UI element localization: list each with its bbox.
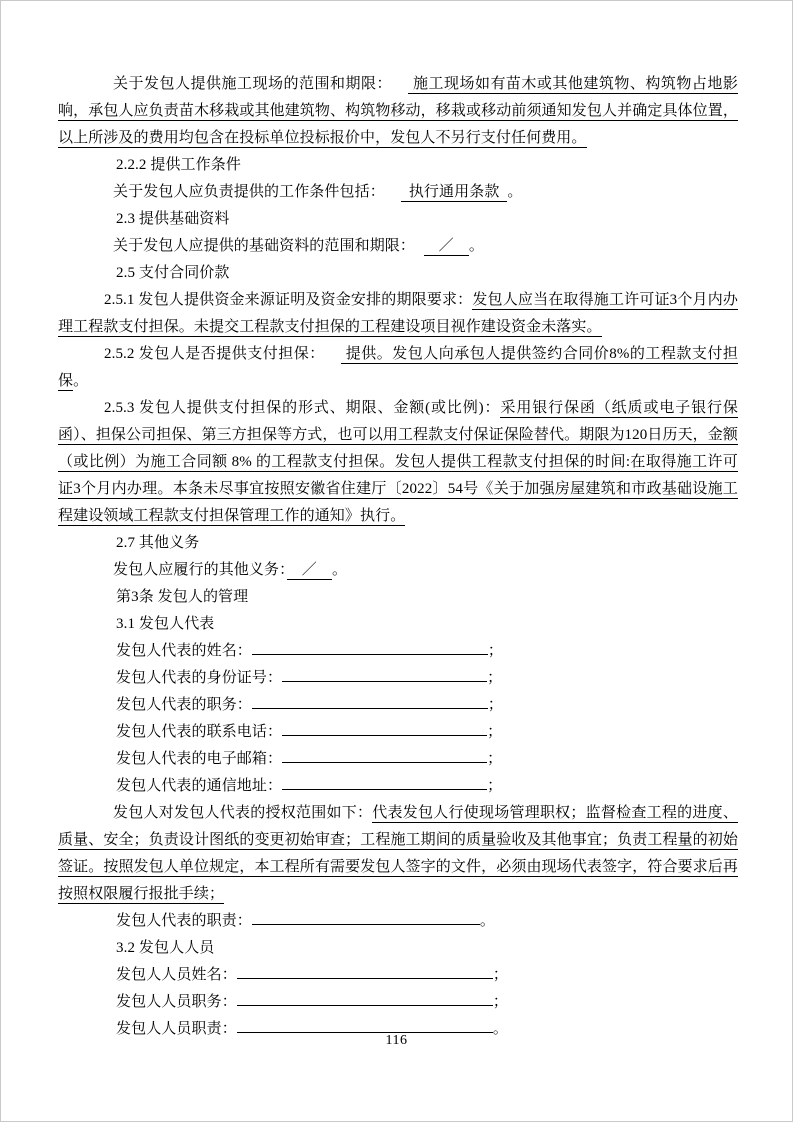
form-field-rep-address: 发包人代表的通信地址：； [58,773,738,800]
clause-work-conditions-paragraph: 关于发包人应负责提供的工作条件包括：执行通用条款。 [58,179,738,206]
section-heading-3-2: 3.2 发包人人员 [58,935,738,962]
form-field-label: 发包人代表的联系电话： [116,724,282,740]
blank-underline-field [252,910,480,925]
blank-underline-field [237,964,493,979]
blank-underline-field [237,1018,493,1033]
clause-2-5-2-paragraph: 2.5.2 发包人是否提供支付担保：提供。发包人向承包人提供签约合同价8%的工程… [58,341,738,395]
clause-slash-blank-underlined: ／ [287,562,332,580]
form-field-rep-email: 发包人代表的电子邮箱：； [58,746,738,773]
form-field-staff-name: 发包人人员姓名：； [58,962,738,989]
blank-underline-field [282,775,487,790]
form-field-tail: ； [487,778,502,794]
section-heading-2-7: 2.7 其他义务 [58,530,738,557]
clause-label: 2.5.3 发包人提供支付担保的形式、期限、金额(或比例)： [104,400,500,416]
form-field-rep-id-number: 发包人代表的身份证号：； [58,665,738,692]
clause-tail: 。 [73,373,88,389]
page-number: 116 [1,1033,792,1049]
blank-underline-field [237,991,493,1006]
clause-basic-data-paragraph: 关于发包人应提供的基础资料的范围和期限： ／ 。 [58,233,738,260]
form-field-label: 发包人代表的身份证号： [116,670,282,686]
clause-authorization-paragraph: 发包人对发包人代表的授权范围如下：代表发包人行使现场管理职权；监督检查工程的进度… [58,800,738,908]
clause-tail: 。 [507,184,522,200]
form-field-tail: ； [488,643,503,659]
section-heading-2-3: 2.3 提供基础资料 [58,206,738,233]
blank-underline-field [282,748,487,763]
form-field-label: 发包人人员职务： [116,994,237,1010]
blank-underline-field [252,640,488,655]
form-field-label: 发包人代表的职务： [116,697,252,713]
form-field-label: 发包人代表的电子邮箱： [116,751,282,767]
form-field-staff-position: 发包人人员职务：； [58,989,738,1016]
clause-filled-value-underlined: 采用银行保函（纸质或电子银行保函）、担保公司担保、第三方担保等方式，也可以用工程… [58,400,738,526]
clause-label: 发包人应履行的其他义务： [113,562,287,578]
clause-site-scope-paragraph: 关于发包人提供施工现场的范围和期限：施工现场如有苗木或其他建筑物、构筑物占地影响… [58,71,738,152]
clause-filled-value-underlined: 执行通用条款 [401,184,508,202]
section-heading-article-3: 第3条 发包人的管理 [58,584,738,611]
form-field-label: 发包人代表的姓名： [116,643,252,659]
clause-label: 2.5.2 发包人是否提供支付担保： [104,346,325,362]
form-field-tail: ； [487,724,502,740]
clause-tail: 。 [332,562,347,578]
clause-label: 关于发包人应提供的基础资料的范围和期限： [113,238,408,254]
form-field-rep-phone: 发包人代表的联系电话：； [58,719,738,746]
form-field-label: 发包人代表的职责： [116,913,252,929]
form-field-tail: 。 [480,913,495,929]
contract-document-page: 关于发包人提供施工现场的范围和期限：施工现场如有苗木或其他建筑物、构筑物占地影响… [0,0,793,1122]
clause-other-obligations-paragraph: 发包人应履行的其他义务： ／ 。 [58,557,738,584]
form-field-rep-name: 发包人代表的姓名：； [58,638,738,665]
form-field-tail: ； [487,751,502,767]
form-field-tail: ； [488,697,503,713]
section-heading-3-1: 3.1 发包人代表 [58,611,738,638]
blank-underline-field [252,694,488,709]
section-heading-2-2-2: 2.2.2 提供工作条件 [58,152,738,179]
clause-label: 关于发包人提供施工现场的范围和期限： [113,76,392,92]
form-field-rep-duty: 发包人代表的职责：。 [58,908,738,935]
blank-underline-field [282,667,487,682]
blank-underline-field [282,721,487,736]
clause-slash-blank-underlined: ／ [424,238,469,256]
clause-2-5-3-paragraph: 2.5.3 发包人提供支付担保的形式、期限、金额(或比例)：采用银行保函（纸质或… [58,395,738,530]
clause-2-5-1-paragraph: 2.5.1 发包人提供资金来源证明及资金安排的期限要求：发包人应当在取得施工许可… [58,287,738,341]
form-field-tail: ； [487,670,502,686]
form-field-label: 发包人人员姓名： [116,967,237,983]
clause-label: 关于发包人应负责提供的工作条件包括： [113,184,385,200]
form-field-tail: ； [493,994,508,1010]
clause-label: 2.5.1 发包人提供资金来源证明及资金安排的期限要求： [104,292,472,308]
clause-label: 发包人对发包人代表的授权范围如下： [113,805,372,821]
form-field-label: 发包人代表的通信地址： [116,778,282,794]
clause-tail: 。 [469,238,484,254]
form-field-rep-position: 发包人代表的职务：； [58,692,738,719]
form-field-tail: ； [493,967,508,983]
contract-body-text: 关于发包人提供施工现场的范围和期限：施工现场如有苗木或其他建筑物、构筑物占地影响… [58,71,738,1043]
section-heading-2-5: 2.5 支付合同价款 [58,260,738,287]
